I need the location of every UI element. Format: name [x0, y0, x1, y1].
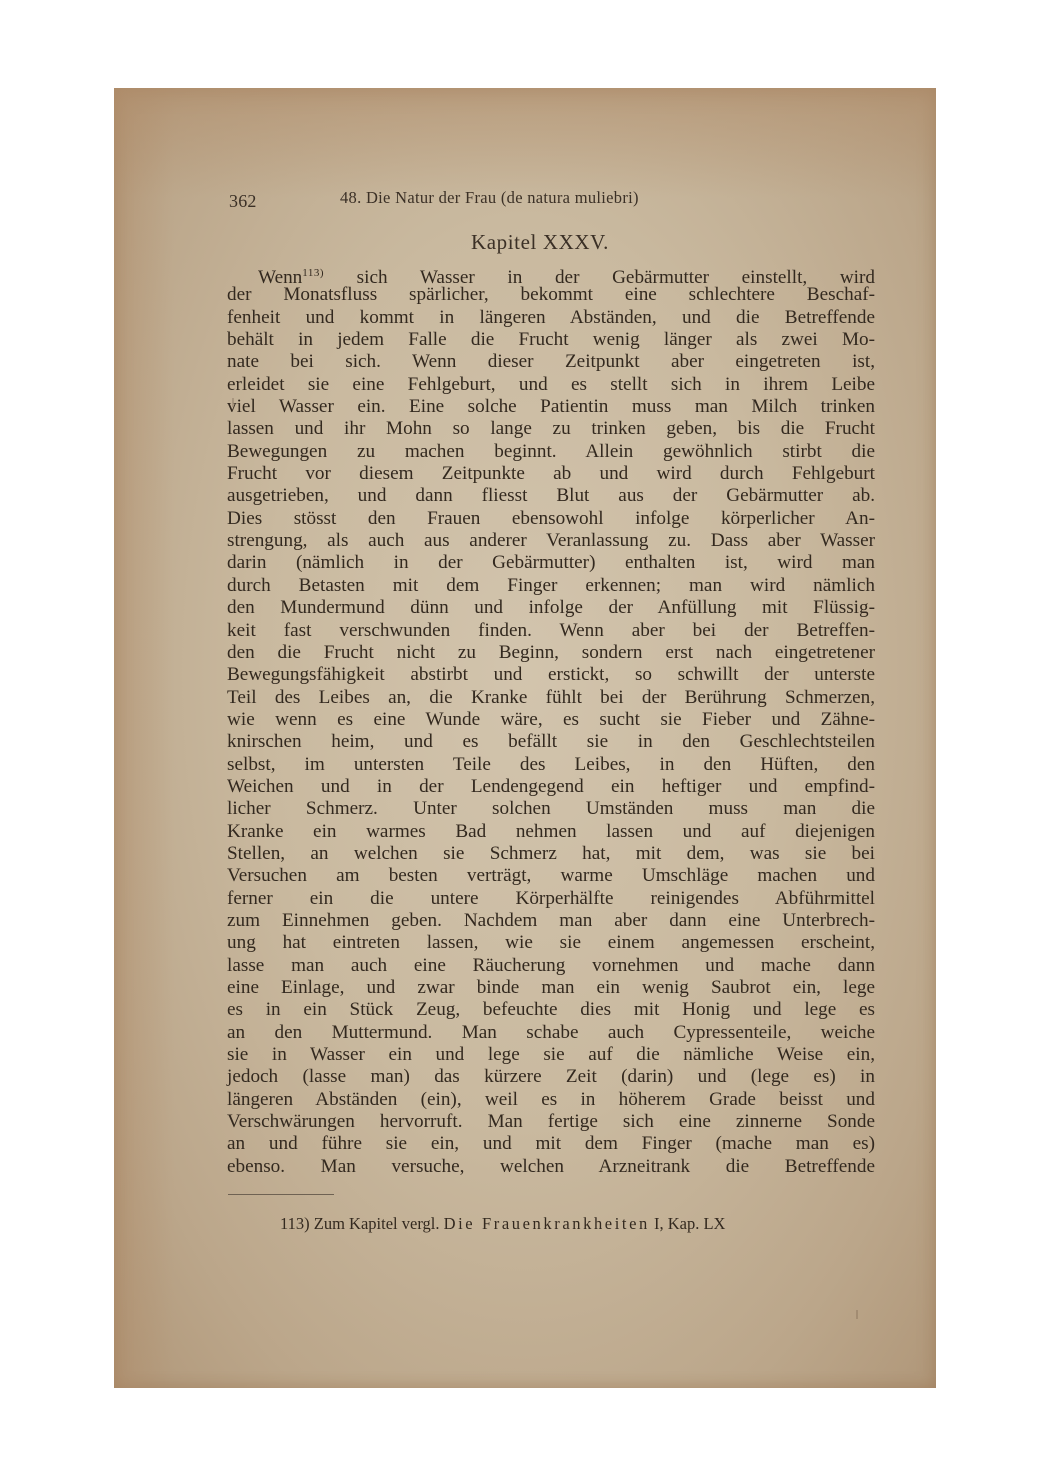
footnote-divider	[228, 1194, 334, 1195]
text-line: der Monatsfluss spärlicher, bekommt eine…	[227, 284, 875, 306]
text-line: Teil des Leibes an, die Kranke fühlt bei…	[227, 687, 875, 709]
text-line: den Mundermund dünn und infolge der Anfü…	[227, 597, 875, 619]
page-number: 362	[229, 191, 257, 212]
text-line: Verschwärungen hervorruft. Man fertige s…	[227, 1111, 875, 1133]
text-line: strengung, als auch aus anderer Veranlas…	[227, 530, 875, 552]
paper-blemish	[856, 1310, 858, 1319]
text-line: jedoch (lasse man) das kürzere Zeit (dar…	[227, 1066, 875, 1088]
footnote-suffix: I, Kap. LX	[654, 1214, 725, 1233]
footnote-prefix: Zum Kapitel vergl.	[314, 1214, 440, 1233]
text-line: darin (nämlich in der Gebärmutter) entha…	[227, 552, 875, 574]
text-line: den die Frucht nicht zu Beginn, sondern …	[227, 642, 875, 664]
text-line: knirschen heim, und es befällt sie in de…	[227, 731, 875, 753]
text-line: fenheit und kommt in längeren Abständen,…	[227, 307, 875, 329]
footnote: 113) Zum Kapitel vergl. Die Frauenkrankh…	[280, 1214, 725, 1234]
text-line: Weichen und in der Lendengegend ein heft…	[227, 776, 875, 798]
running-title: 48. Die Natur der Frau (de natura mulieb…	[340, 188, 639, 208]
text-line: eine Einlage, und zwar binde man ein wen…	[227, 977, 875, 999]
footnote-marker: 113)	[302, 267, 324, 279]
text-line: es in ein Stück Zeug, befeuchte dies mit…	[227, 999, 875, 1021]
text-line: nate bei sich. Wenn dieser Zeitpunkt abe…	[227, 351, 875, 373]
text-line: Frucht vor diesem Zeitpunkte ab und wird…	[227, 463, 875, 485]
text-line: erleidet sie eine Fehlgeburt, und es ste…	[227, 374, 875, 396]
text-line: Wenn113) sich Wasser in der Gebärmutter …	[227, 262, 875, 284]
text-line: an und führe sie ein, und mit dem Finger…	[227, 1133, 875, 1155]
text-line: wie wenn es eine Wunde wäre, es sucht si…	[227, 709, 875, 731]
text-line: Versuchen am besten verträgt, warme Umsc…	[227, 865, 875, 887]
text-line: ung hat eintreten lassen, wie sie einem …	[227, 932, 875, 954]
footnote-cited-title: Die Frauenkrankheiten	[444, 1214, 650, 1233]
text-line: zum Einnehmen geben. Nachdem man aber da…	[227, 910, 875, 932]
text-line: ferner ein die untere Körperhälfte reini…	[227, 888, 875, 910]
text-line: ebenso. Man versuche, welchen Arzneitran…	[227, 1156, 875, 1178]
paper-blemish	[232, 398, 234, 407]
text-line: Stellen, an welchen sie Schmerz hat, mit…	[227, 843, 875, 865]
text-line: Bewegungen zu machen beginnt. Allein gew…	[227, 441, 875, 463]
footnote-number: 113)	[280, 1214, 310, 1233]
text-line: lassen und ihr Mohn so lange zu trinken …	[227, 418, 875, 440]
body-text: Wenn113) sich Wasser in der Gebärmutter …	[227, 262, 875, 1178]
text-line: an den Muttermund. Man schabe auch Cypre…	[227, 1022, 875, 1044]
text-line: behält in jedem Falle die Frucht wenig l…	[227, 329, 875, 351]
text-line: Bewegungsfähigkeit abstirbt und erstickt…	[227, 664, 875, 686]
text-line: ausgetrieben, und dann fliesst Blut aus …	[227, 485, 875, 507]
text-line: sie in Wasser ein und lege sie auf die n…	[227, 1044, 875, 1066]
text-line: lasse man auch eine Räucherung vornehmen…	[227, 955, 875, 977]
text-line: längeren Abständen (ein), weil es in höh…	[227, 1089, 875, 1111]
text-line: Dies stösst den Frauen ebensowohl infolg…	[227, 508, 875, 530]
chapter-title: Kapitel XXXV.	[114, 230, 936, 255]
text-line: Kranke ein warmes Bad nehmen lassen und …	[227, 821, 875, 843]
text-line: viel Wasser ein. Eine solche Patientin m…	[227, 396, 875, 418]
book-page: 362 48. Die Natur der Frau (de natura mu…	[114, 88, 936, 1388]
text-line: durch Betasten mit dem Finger erkennen; …	[227, 575, 875, 597]
text-line: selbst, im untersten Teile des Leibes, i…	[227, 754, 875, 776]
text-line: licher Schmerz. Unter solchen Umständen …	[227, 798, 875, 820]
text-line: keit fast verschwunden finden. Wenn aber…	[227, 620, 875, 642]
